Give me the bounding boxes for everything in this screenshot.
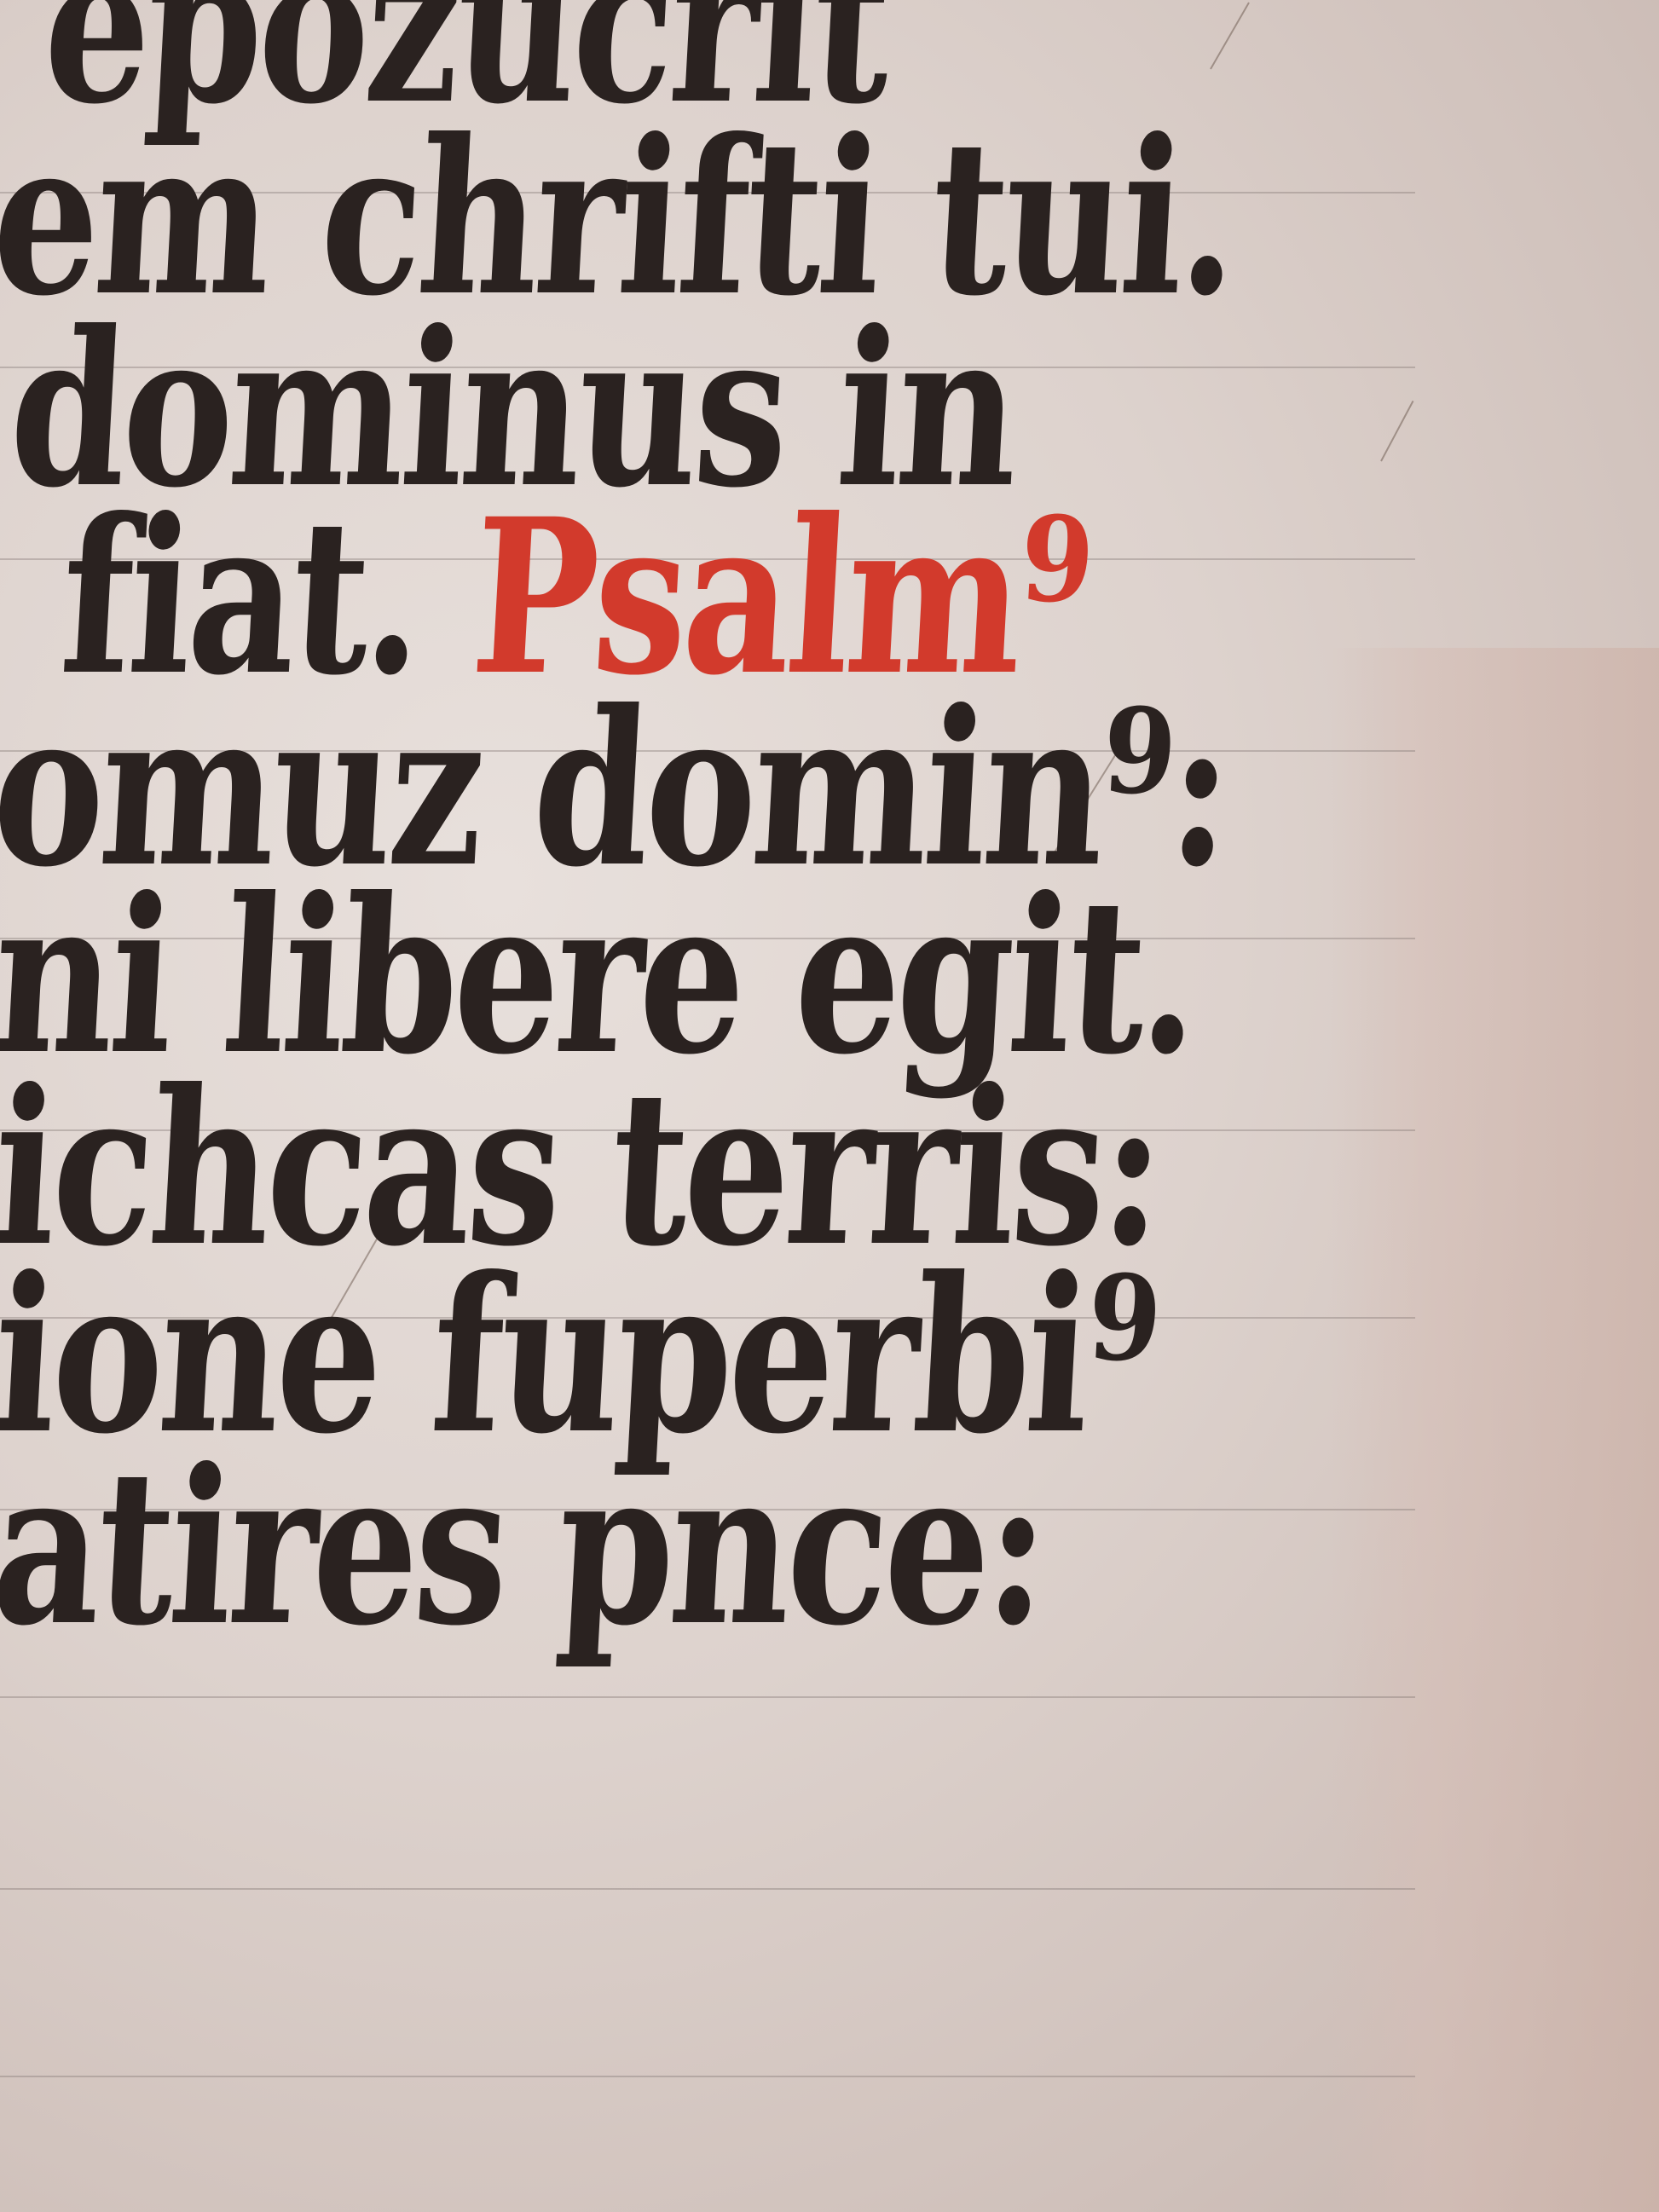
manuscript-line-9: atires pnce: [0,1441,1050,1654]
ruling-line [0,1696,1415,1698]
manuscript-page: epozucrit em chrifti tui. dominus in fia… [0,0,1659,2212]
ruling-line [0,2076,1415,2077]
hairline-stroke [1380,401,1413,462]
hairline-stroke [1210,3,1250,70]
ruling-line [0,1888,1415,1890]
parchment-stain [1330,648,1659,2212]
